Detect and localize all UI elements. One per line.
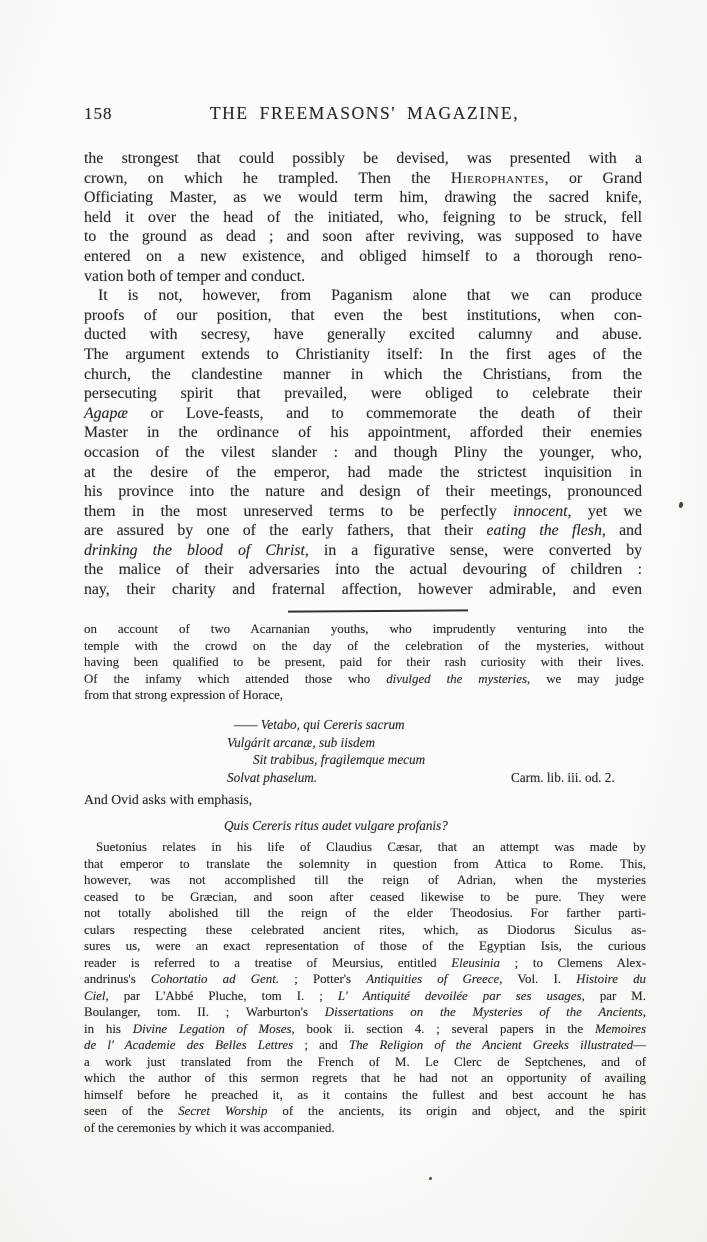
text-line: occasion of the vilest slander : and tho… (84, 443, 642, 463)
footnote-line: Ciel, par L'Abbé Pluche, tom I. ; L' Ant… (84, 988, 646, 1005)
running-title: THE FREEMASONS' MAGAZINE, (0, 103, 707, 124)
footnote-separator-rule (288, 609, 468, 612)
paragraph-paganism: It is not, however, from Paganism alone … (84, 286, 642, 600)
verse-line: Solvat phaselum. (227, 769, 425, 787)
footnote-line: culars respecting these celebrated ancie… (84, 922, 646, 939)
text-line: Officiating Master, as we would term him… (84, 188, 642, 208)
text-line: persecuting spirit that prevailed, were … (84, 384, 642, 404)
text-line: held it over the head of the initiated, … (84, 208, 642, 228)
footnote-intro: on account of two Acarnanian youths, who… (84, 621, 644, 704)
verse-line: —— Vetabo, qui Cereris sacrum (227, 716, 425, 734)
footnote-line: reader is referred to a treatise of Meur… (84, 955, 646, 972)
text-line: are assured by one of the early fathers,… (84, 521, 642, 541)
text-line: Agapæ or Love-feasts, and to commemorate… (84, 404, 642, 424)
text-line: the malice of their adversaries into the… (84, 560, 642, 580)
footnote-line: ceased to be Græcian, and soon after cea… (84, 889, 646, 906)
footnote-main: Suetonius relates in his life of Claudiu… (84, 839, 646, 1136)
footnote-line: that emperor to translate the solemnity … (84, 856, 646, 873)
text-line: ducted with secresy, have generally exci… (84, 325, 642, 345)
footnote-line: andrinus's Cohortatio ad Gent. ; Potter'… (84, 971, 646, 988)
text-line: entered on a new existence, and obliged … (84, 247, 642, 267)
magazine-page: 158 THE FREEMASONS' MAGAZINE, the strong… (0, 0, 707, 1242)
ovid-intro-line: And Ovid asks with emphasis, (84, 792, 252, 808)
footnote-line: on account of two Acarnanian youths, who… (84, 621, 644, 638)
verse-line: Sit trabibus, fragilemque mecum (227, 751, 425, 769)
body-text: the strongest that could possibly be dev… (84, 149, 642, 600)
text-line: crown, on which he trampled. Then the Hi… (84, 169, 642, 189)
footnote-line: sures us, were an exact representation o… (84, 938, 646, 955)
text-line: nay, their charity and fraternal affecti… (84, 580, 642, 600)
ink-speck (429, 1177, 432, 1180)
text-line: vation both of temper and conduct. (84, 267, 642, 287)
footnote-line: having been qualified to be present, pai… (84, 654, 644, 671)
footnote-line: temple with the crowd on the day of the … (84, 638, 644, 655)
horace-verse: —— Vetabo, qui Cereris sacrumVulgárit ar… (227, 716, 425, 786)
text-line: proofs of our position, that even the be… (84, 306, 642, 326)
verse-line: Vulgárit arcanæ, sub iisdem (227, 734, 425, 752)
footnote-line: Of the infamy which attended those who d… (84, 671, 644, 688)
text-line: his province into the nature and design … (84, 482, 642, 502)
text-line: church, the clandestine manner in which … (84, 365, 642, 385)
text-line: at the desire of the emperor, had made t… (84, 463, 642, 483)
footnote-line: however, was not accomplished till the r… (84, 872, 646, 889)
footnote-line: Suetonius relates in his life of Claudiu… (84, 839, 646, 856)
ink-speck (678, 501, 684, 508)
text-line: the strongest that could possibly be dev… (84, 149, 642, 169)
paragraph-continued: the strongest that could possibly be dev… (84, 149, 642, 286)
footnote-line: which the author of this sermon regrets … (84, 1070, 646, 1087)
footnote-line: from that strong expression of Horace, (84, 687, 644, 704)
text-line: drinking the blood of Christ, in a figur… (84, 541, 642, 561)
footnote-line: himself before he preached it, as it con… (84, 1087, 646, 1104)
verse-citation: Carm. lib. iii. od. 2. (511, 770, 615, 786)
footnote-line: a work just translated from the French o… (84, 1054, 646, 1071)
text-line: them in the most unreserved terms to be … (84, 502, 642, 522)
text-line: to the ground as dead ; and soon after r… (84, 227, 642, 247)
footnote-line: of the ceremonies by which it was accomp… (84, 1120, 646, 1137)
footnote-line: in his Divine Legation of Moses, book ii… (84, 1021, 646, 1038)
text-line: Master in the ordinance of his appointme… (84, 423, 642, 443)
footnote-line: seen of the Secret Worship of the ancien… (84, 1103, 646, 1120)
footnote-line: Boulanger, tom. II. ; Warburton's Disser… (84, 1004, 646, 1021)
footnote-line: de l' Academie des Belles Lettres ; and … (84, 1037, 646, 1054)
footnote-line: not totally abolished till the reign of … (84, 905, 646, 922)
text-line: The argument extends to Christianity its… (84, 345, 642, 365)
ovid-quote-line: Quis Cereris ritus audet vulgare profani… (224, 818, 448, 834)
text-line: It is not, however, from Paganism alone … (84, 286, 642, 306)
